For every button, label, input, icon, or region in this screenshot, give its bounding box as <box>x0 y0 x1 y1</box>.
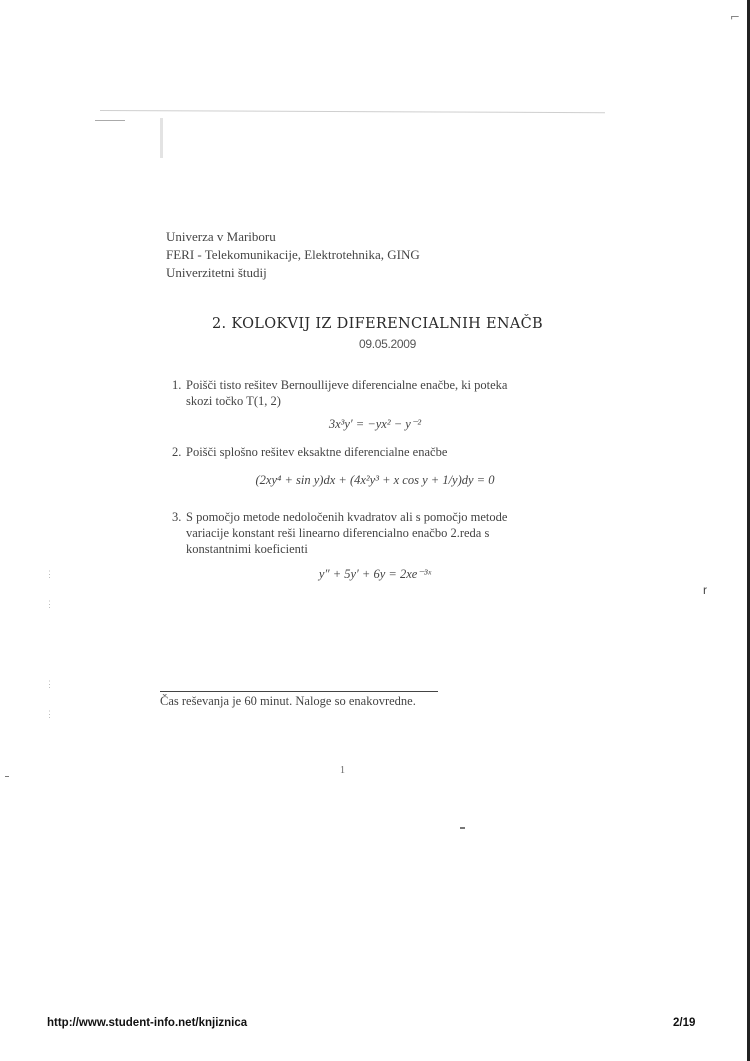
footnote: Čas reševanja je 60 minut. Naloge so ena… <box>160 694 416 709</box>
scan-artifact <box>95 120 125 121</box>
task-text: variacije konstant reši linearno diferen… <box>172 525 542 541</box>
scan-artifact: ⌐ <box>730 10 740 24</box>
equation-3: y″ + 5y′ + 6y = 2xe⁻³ˣ <box>0 566 750 582</box>
university-name: Univerza v Mariboru <box>166 228 420 246</box>
task-3: 3.S pomočjo metode nedoločenih kvadratov… <box>172 509 542 557</box>
scan-artifact <box>160 118 163 158</box>
task-1: 1.Poišči tisto rešitev Bernoullijeve dif… <box>172 377 542 409</box>
task-number: 2. <box>172 444 186 460</box>
document-title: 2. KOLOKVIJ IZ DIFERENCIALNIH ENAČB <box>0 316 750 332</box>
study-type: Univerzitetni študij <box>166 264 420 282</box>
footer-page-count: 2/19 <box>673 1017 695 1029</box>
scan-artifact: ⋮ <box>45 710 54 720</box>
scan-artifact: ⋮ <box>45 680 54 690</box>
task-text: skozi točko T(1, 2) <box>172 393 542 409</box>
task-number: 1. <box>172 377 186 393</box>
footer-url[interactable]: http://www.student-info.net/knjiznica <box>47 1017 247 1029</box>
task-number: 3. <box>172 509 186 525</box>
margin-mark: r <box>703 583 707 597</box>
task-text: Poišči splošno rešitev eksaktne diferenc… <box>186 445 447 459</box>
scan-artifact <box>460 827 465 829</box>
footnote-rule <box>160 691 438 692</box>
equation-1: 3x³y′ = −yx² − y⁻² <box>0 416 750 432</box>
equation-2: (2xy⁴ + sin y)dx + (4x²y³ + x cos y + 1/… <box>0 473 750 488</box>
task-text: S pomočjo metode nedoločenih kvadratov a… <box>186 510 507 524</box>
scan-top-rule <box>100 110 605 113</box>
scan-artifact: ⋮ <box>45 600 54 610</box>
task-text: Poišči tisto rešitev Bernoullijeve difer… <box>186 378 507 392</box>
exam-date: 09.05.2009 <box>0 337 730 351</box>
task-text: konstantnimi koeficienti <box>172 541 542 557</box>
faculty-name: FERI - Telekomunikacije, Elektrotehnika,… <box>166 246 420 264</box>
task-2: 2.Poišči splošno rešitev eksaktne difere… <box>172 444 542 460</box>
page-number: 1 <box>340 765 345 776</box>
scan-artifact <box>5 776 9 777</box>
document-header: Univerza v Mariboru FERI - Telekomunikac… <box>166 228 420 282</box>
